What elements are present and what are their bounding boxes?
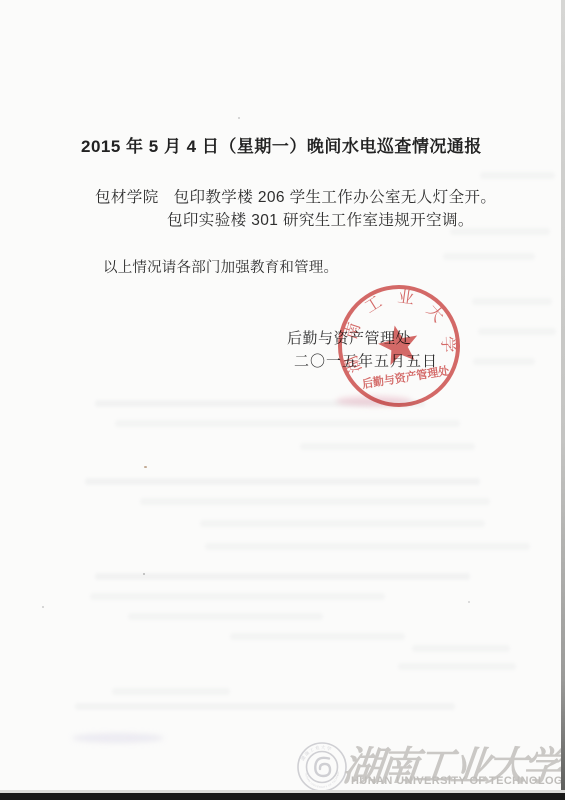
seal-ring-char: 大: [423, 301, 448, 326]
bleed-through-mark: [300, 443, 475, 450]
issue-item-1: 包印教学楼 206 学生工作办公室无人灯全开。: [174, 189, 497, 206]
bleed-through-mark: [112, 688, 230, 695]
paper-speck: [143, 573, 145, 575]
bleed-through-mark: [478, 328, 556, 335]
bleed-through-mark: [85, 478, 480, 485]
bleed-through-mark: [205, 543, 530, 550]
paper-speck: [468, 601, 470, 603]
bleed-through-mark: [128, 613, 323, 620]
emblem-spiral-glyph: [315, 758, 330, 776]
official-seal-stamp: 湖 南 工 业 大 学 后勤与资产管理处: [328, 275, 470, 417]
paper-smudge: [72, 733, 164, 743]
issue-item-2: 包印实验楼 301 研究生工作室违规开空调。: [167, 208, 474, 230]
seal-star-icon: [375, 321, 422, 366]
closing-remark: 以上情况请各部门加强教育和管理。: [103, 256, 338, 277]
scanned-notice-page: 2015 年 5 月 4 日（星期一）晚间水电巡查情况通报 包材学院包印教学楼 …: [0, 0, 565, 800]
bleed-through-mark: [230, 633, 405, 640]
bleed-through-mark: [90, 593, 385, 600]
seal-ring-char: 学: [438, 336, 458, 353]
bleed-through-mark: [115, 420, 460, 427]
university-name-en: HUNAN UNIVERSITY OF TECHNOLOGY: [351, 775, 565, 787]
bleed-through-mark: [140, 498, 490, 505]
seal-ring-char: 业: [396, 287, 415, 308]
bleed-through-mark: [412, 645, 510, 652]
notice-title: 2015 年 5 月 4 日（星期一）晚间水电巡查情况通报: [81, 132, 482, 157]
scan-edge-right: [561, 0, 565, 800]
paper-speck: [42, 606, 44, 608]
paper-speck: [238, 117, 240, 119]
bleed-through-mark: [200, 520, 485, 527]
scan-edge-bottom: [0, 793, 565, 800]
bleed-through-mark: [472, 298, 552, 305]
bleed-through-mark: [398, 663, 516, 670]
bleed-through-mark: [95, 573, 470, 580]
bleed-through-mark: [443, 253, 535, 260]
body-line-1: 包材学院包印教学楼 206 学生工作办公室无人灯全开。: [95, 185, 496, 207]
bleed-through-mark: [480, 172, 555, 179]
seal-banner-text: 后勤与资产管理处: [361, 363, 451, 391]
college-name: 包材学院: [95, 189, 159, 206]
bleed-through-mark: [75, 703, 455, 710]
paper-speck: [144, 466, 147, 468]
bleed-through-mark: [473, 358, 535, 365]
